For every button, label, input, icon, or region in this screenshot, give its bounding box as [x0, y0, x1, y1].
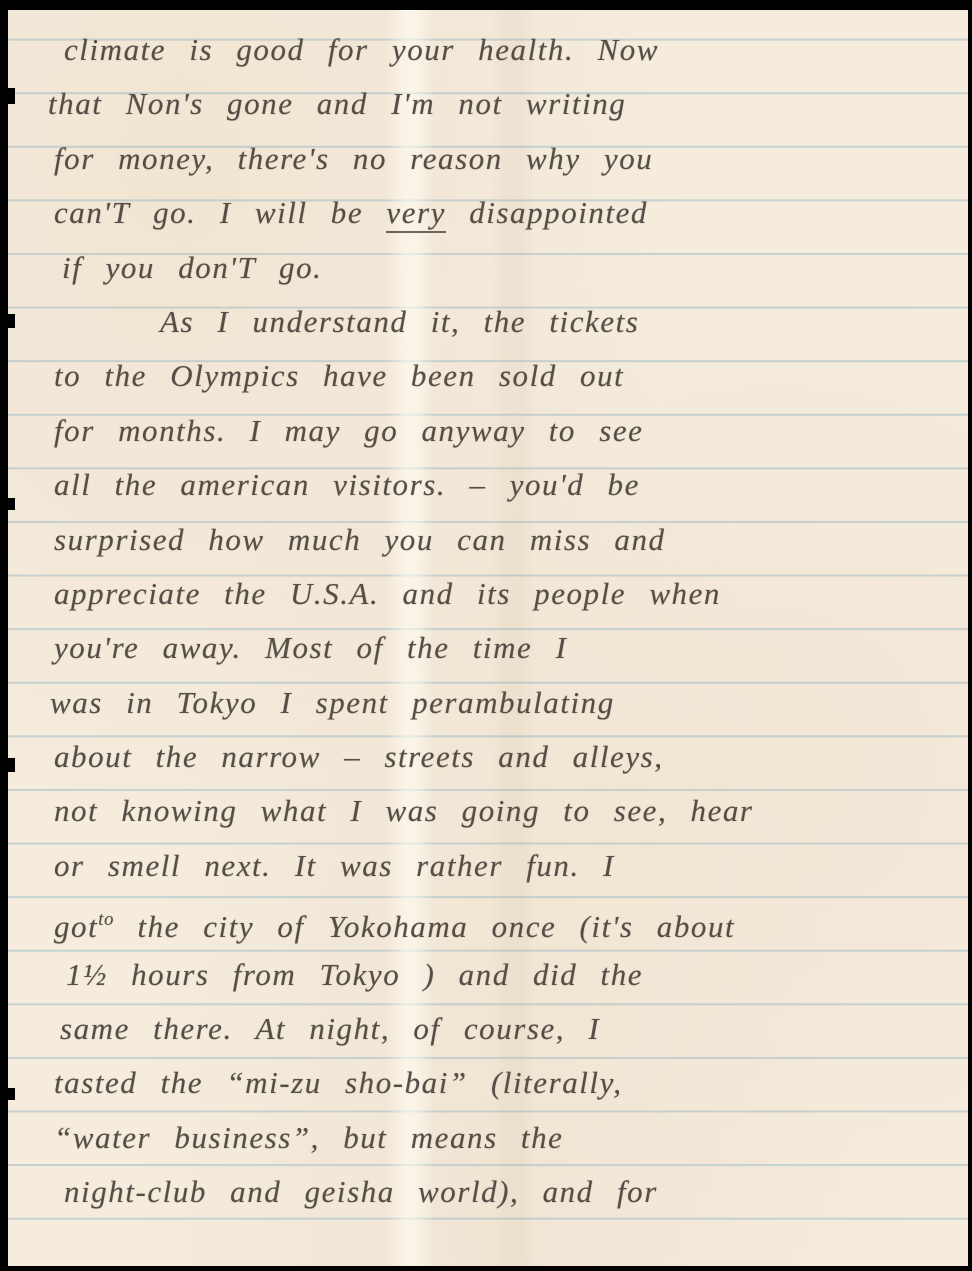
- handwriting-line: gotto the city of Yokohama once (it's ab…: [8, 893, 968, 947]
- handwriting-line: tasted the “mi-zu sho-bai” (literally,: [8, 1056, 968, 1110]
- handwriting-line: “water business”, but means the: [8, 1111, 968, 1165]
- handwriting-line: if you don'T go.: [8, 241, 968, 295]
- line-segment: the city of Yokohama once (it's about: [114, 909, 735, 944]
- handwriting-line: or smell next. It was rather fun. I: [8, 839, 968, 893]
- handwriting-line: As I understand it, the tickets: [8, 295, 968, 349]
- scan-edge-artifact: [6, 758, 15, 772]
- underlined-word: very: [386, 195, 446, 233]
- scan-edge-artifact: [6, 314, 15, 328]
- handwriting-line: same there. At night, of course, I: [8, 1002, 968, 1056]
- line-segment: got: [54, 909, 98, 944]
- handwriting-line: 1½ hours from Tokyo ) and did the: [8, 948, 968, 1002]
- letter-page: climate is good for your health. Now tha…: [8, 10, 968, 1266]
- handwriting-line: not knowing what I was going to see, hea…: [8, 784, 968, 838]
- handwriting-line: you're away. Most of the time I: [8, 621, 968, 675]
- line-segment: can'T go. I will be: [54, 195, 386, 230]
- handwriting-line: was in Tokyo I spent perambulating: [8, 676, 968, 730]
- handwriting-line: all the american visitors. – you'd be: [8, 458, 968, 512]
- handwriting-line: climate is good for your health. Now: [8, 23, 968, 77]
- handwriting-block: climate is good for your health. Now tha…: [8, 23, 968, 1220]
- handwriting-line: about the narrow – streets and alleys,: [8, 730, 968, 784]
- handwriting-line: that Non's gone and I'm not writing: [8, 77, 968, 131]
- handwriting-line: can'T go. I will be very disappointed: [8, 186, 968, 240]
- handwriting-line: to the Olympics have been sold out: [8, 349, 968, 403]
- scan-edge-artifact: [6, 498, 15, 510]
- handwriting-line: for months. I may go anyway to see: [8, 404, 968, 458]
- scan-edge-artifact: [6, 1088, 15, 1100]
- handwriting-line: for money, there's no reason why you: [8, 132, 968, 186]
- superscript-word: to: [98, 909, 114, 930]
- handwriting-line: appreciate the U.S.A. and its people whe…: [8, 567, 968, 621]
- scan-edge-artifact: [6, 88, 15, 104]
- handwriting-line: night-club and geisha world), and for: [8, 1165, 968, 1219]
- handwriting-line: surprised how much you can miss and: [8, 513, 968, 567]
- line-segment: disappointed: [446, 195, 648, 230]
